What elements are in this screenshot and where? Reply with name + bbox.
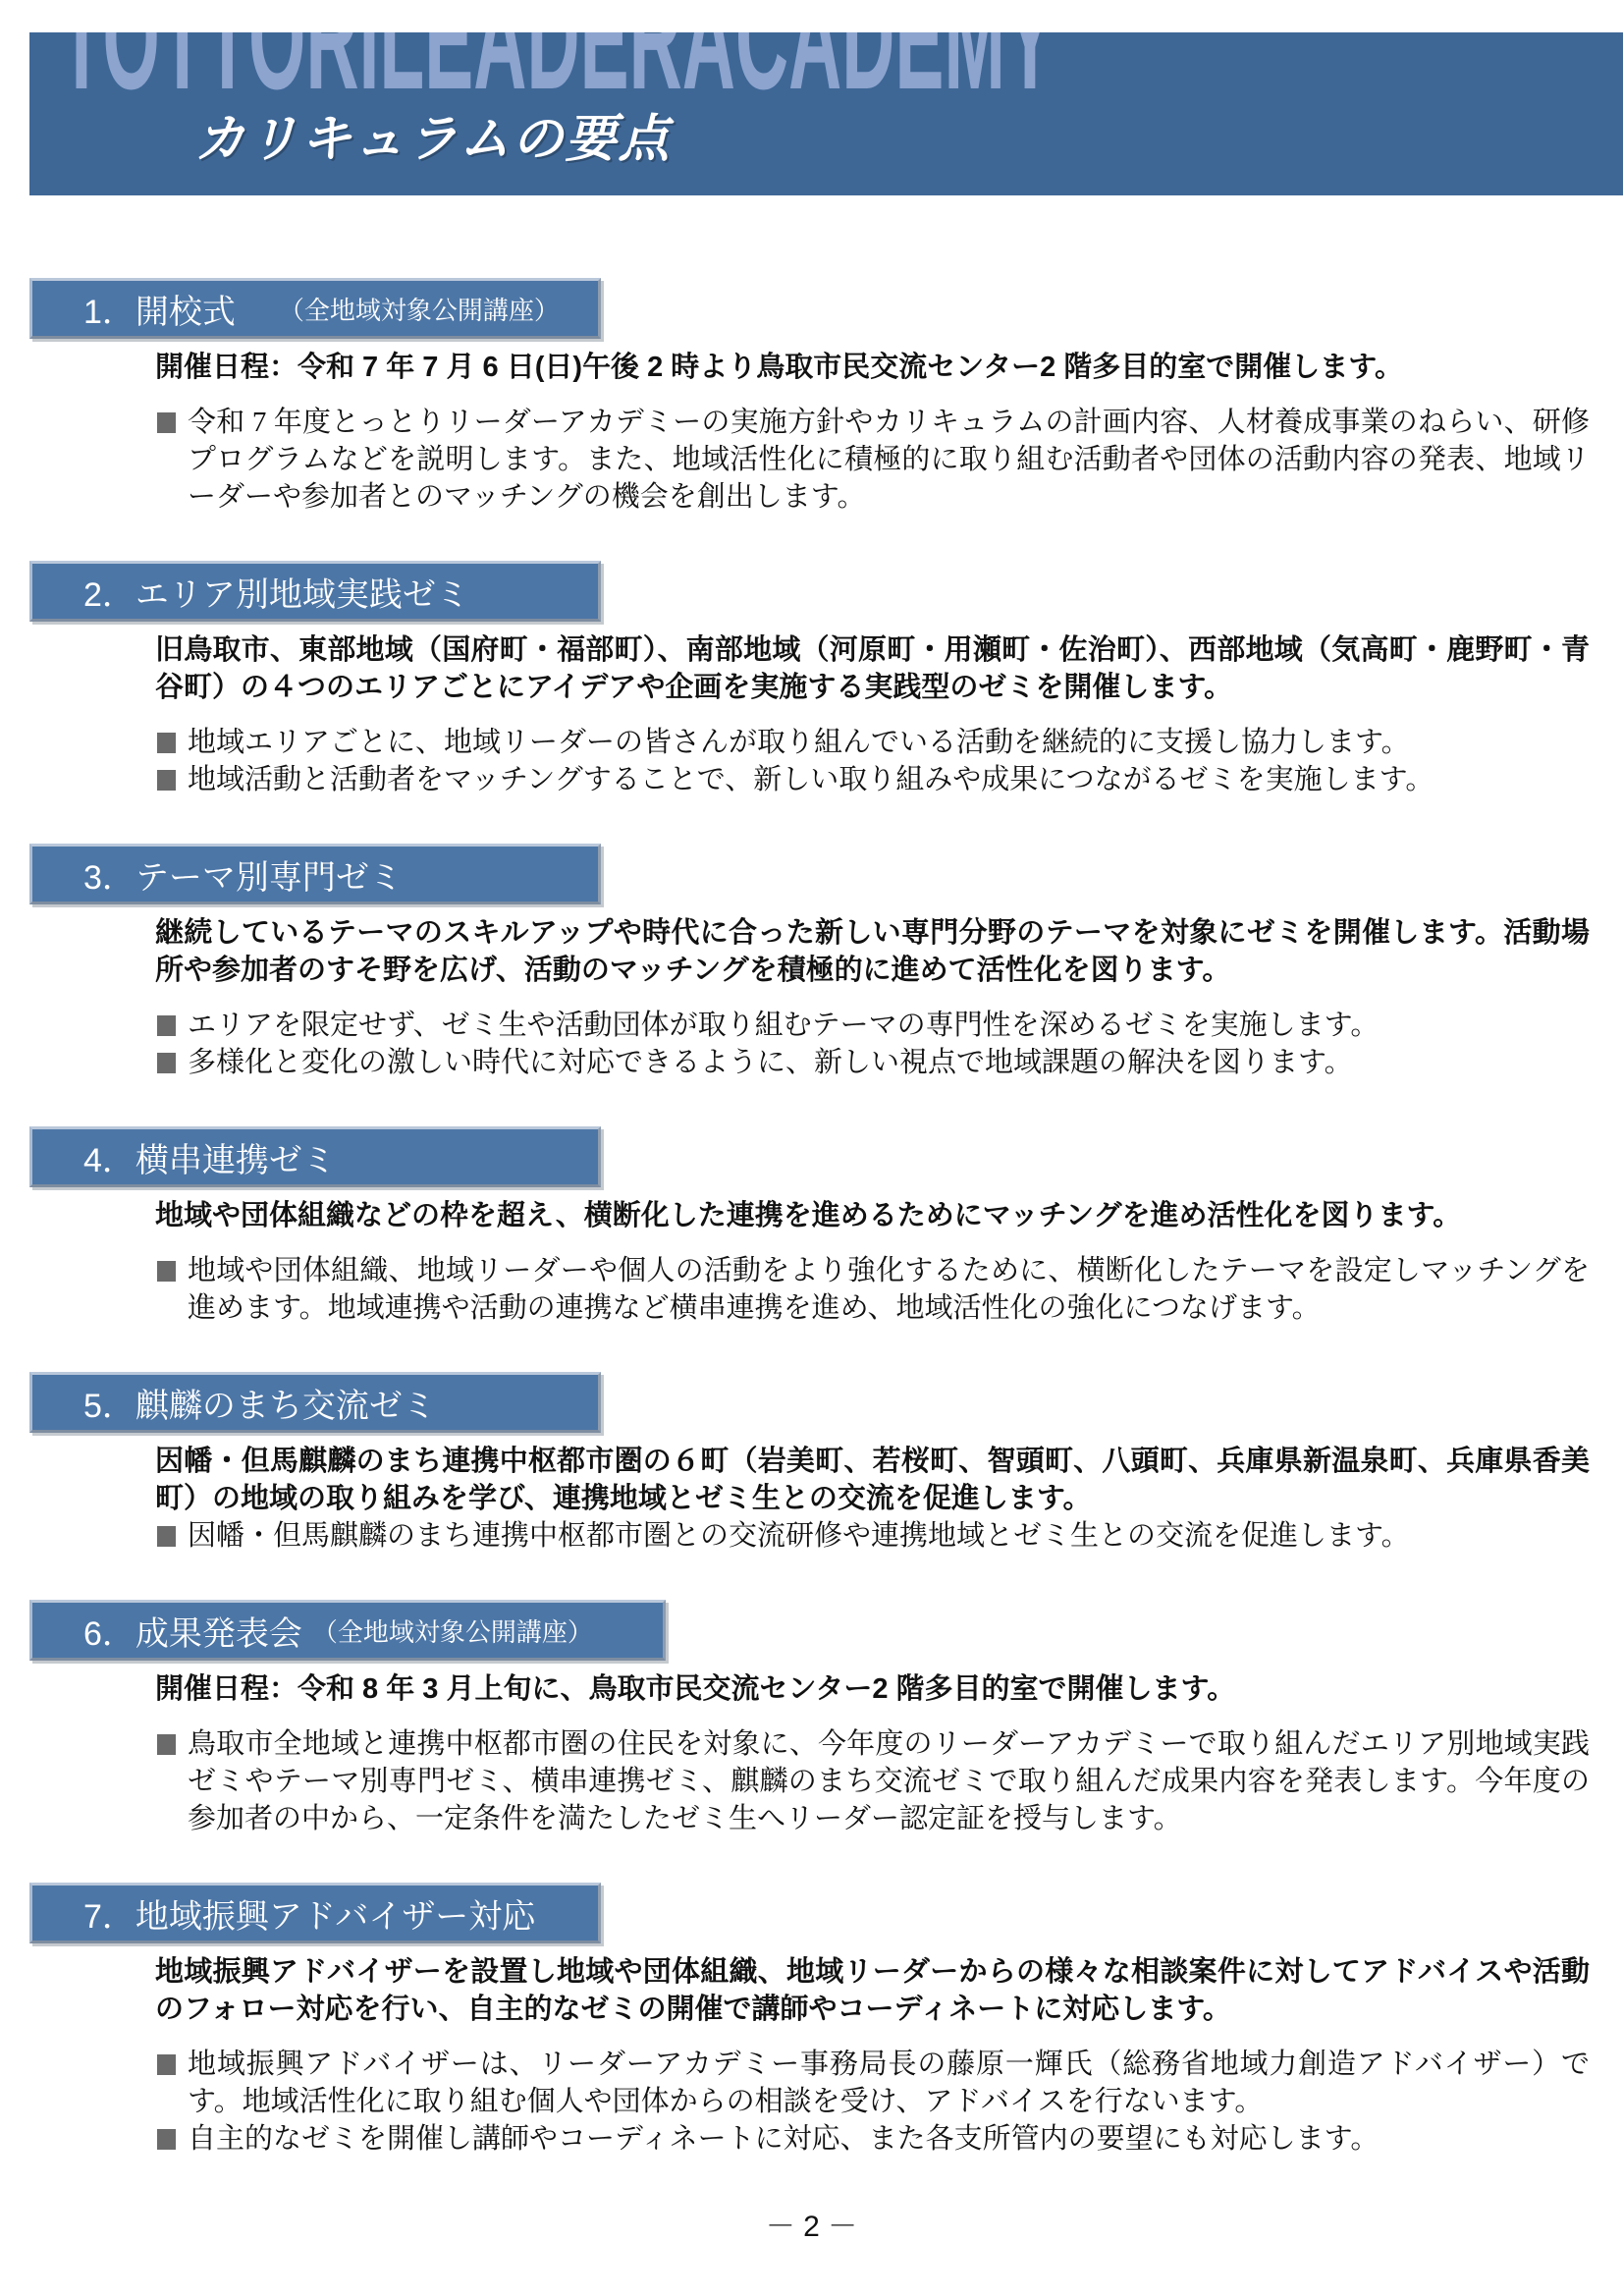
section-title: 3．テーマ別専門ゼミ [83,850,403,899]
section-body: 因幡・但馬麒麟のまち連携中枢都市圏の６町（岩美町、若桜町、智頭町、八頭町、兵庫県… [155,1443,1590,1555]
section-body: 旧鳥取市、東部地域（国府町・福部町）、南部地域（河原町・用瀬町・佐治町）、西部地… [155,631,1590,798]
square-bullet-icon [157,733,176,753]
bullet-list: 地域や団体組織、地域リーダーや個人の活動をより強化するために、横断化したテーマを… [155,1252,1590,1327]
bullet-text: 因幡・但馬麒麟のまち連携中枢都市圏との交流研修や連携地域とゼミ生との交流を促進し… [188,1517,1410,1555]
page-number: － 2 － [766,2211,857,2243]
bullet-item: 地域振興アドバイザーは、リーダーアカデミー事務局長の藤原一輝氏（総務省地域力創造… [155,2046,1590,2120]
section-heading-bar: 3．テーマ別専門ゼミ [29,844,601,904]
section-title: 4．横串連携ゼミ [83,1133,336,1181]
bullet-text: 地域エリアごとに、地域リーダーの皆さんが取り組んでいる活動を継続的に支援し協力し… [188,724,1410,761]
bullet-item: 地域活動と活動者をマッチングすることで、新しい取り組みや成果につながるゼミを実施… [155,761,1590,798]
section-6-seika-happyokai: 6．成果発表会（全地域対象公開講座）開催日程：令和 8 年 3 月上旬に、鳥取市… [29,1600,1594,1837]
bullet-item: 多様化と変化の激しい時代に対応できるように、新しい視点で地域課題の解決を図ります… [155,1044,1590,1081]
section-heading-bar: 7．地域振興アドバイザー対応 [29,1883,601,1943]
section-body: 開催日程：令和 7 年 7 月 6 日(日)午後 2 時より鳥取市民交流センター… [155,349,1590,516]
section-subtitle: （全地域対象公開講座） [279,291,560,327]
bullet-list: 因幡・但馬麒麟のまち連携中枢都市圏との交流研修や連携地域とゼミ生との交流を促進し… [155,1517,1590,1555]
section-4-yokogushi-renkei-zemi: 4．横串連携ゼミ地域や団体組織などの枠を超え、横断化した連携を進めるためにマッチ… [29,1126,1594,1327]
bullet-list: 令和 7 年度とっとりリーダーアカデミーの実施方針やカリキュラムの計画内容、人材… [155,404,1590,516]
section-lead-paragraph: 因幡・但馬麒麟のまち連携中枢都市圏の６町（岩美町、若桜町、智頭町、八頭町、兵庫県… [155,1443,1590,1517]
section-subtitle: （全地域対象公開講座） [312,1613,593,1649]
section-heading-bar: 5．麒麟のまち交流ゼミ [29,1372,601,1433]
bullet-item: 鳥取市全地域と連携中枢都市圏の住民を対象に、今年度のリーダーアカデミーで取り組ん… [155,1725,1590,1837]
section-lead-paragraph: 開催日程：令和 8 年 3 月上旬に、鳥取市民交流センター2 階多目的室で開催し… [155,1670,1590,1708]
square-bullet-icon [157,412,176,433]
square-bullet-icon [157,770,176,791]
section-5-kirin-no-machi-koryu-zemi: 5．麒麟のまち交流ゼミ因幡・但馬麒麟のまち連携中枢都市圏の６町（岩美町、若桜町、… [29,1372,1594,1555]
section-heading-bar: 6．成果発表会（全地域対象公開講座） [29,1600,666,1661]
bullet-list: 鳥取市全地域と連携中枢都市圏の住民を対象に、今年度のリーダーアカデミーで取り組ん… [155,1725,1590,1837]
square-bullet-icon [157,2129,176,2150]
section-lead-paragraph: 継続しているテーマのスキルアップや時代に合った新しい専門分野のテーマを対象にゼミ… [155,914,1590,989]
bullet-item: エリアを限定せず、ゼミ生や活動団体が取り組むテーマの専門性を深めるゼミを実施しま… [155,1007,1590,1044]
document-header-band: TOTTORILEADERACADEMY カリキュラムの要点 [29,32,1623,195]
bullet-list: エリアを限定せず、ゼミ生や活動団体が取り組むテーマの専門性を深めるゼミを実施しま… [155,1007,1590,1081]
square-bullet-icon [157,1053,176,1073]
bullet-item: 因幡・但馬麒麟のまち連携中枢都市圏との交流研修や連携地域とゼミ生との交流を促進し… [155,1517,1590,1555]
section-title: 7．地域振興アドバイザー対応 [83,1889,535,1938]
bullet-text: 地域活動と活動者をマッチングすることで、新しい取り組みや成果につながるゼミを実施… [188,761,1434,798]
section-heading-bar: 4．横串連携ゼミ [29,1126,601,1187]
section-7-chiiki-shinko-advisor: 7．地域振興アドバイザー対応地域振興アドバイザーを設置し地域や団体組織、地域リー… [29,1883,1594,2158]
square-bullet-icon [157,1261,176,1282]
section-lead-paragraph: 地域振興アドバイザーを設置し地域や団体組織、地域リーダーからの様々な相談案件に対… [155,1953,1590,2028]
bullet-text: 鳥取市全地域と連携中枢都市圏の住民を対象に、今年度のリーダーアカデミーで取り組ん… [188,1725,1590,1837]
bullet-text: エリアを限定せず、ゼミ生や活動団体が取り組むテーマの専門性を深めるゼミを実施しま… [188,1007,1379,1044]
bullet-text: 地域や団体組織、地域リーダーや個人の活動をより強化するために、横断化したテーマを… [188,1252,1590,1327]
section-1-kaikoshiki: 1．開校式 （全地域対象公開講座）開催日程：令和 7 年 7 月 6 日(日)午… [29,278,1594,516]
square-bullet-icon [157,2054,176,2075]
bullet-item: 地域エリアごとに、地域リーダーの皆さんが取り組んでいる活動を継続的に支援し協力し… [155,724,1590,761]
section-lead-paragraph: 地域や団体組織などの枠を超え、横断化した連携を進めるためにマッチングを進め活性化… [155,1197,1590,1234]
bullet-text: 令和 7 年度とっとりリーダーアカデミーの実施方針やカリキュラムの計画内容、人材… [188,404,1590,516]
bullet-list: 地域振興アドバイザーは、リーダーアカデミー事務局長の藤原一輝氏（総務省地域力創造… [155,2046,1590,2158]
square-bullet-icon [157,1526,176,1547]
section-body: 地域や団体組織などの枠を超え、横断化した連携を進めるためにマッチングを進め活性化… [155,1197,1590,1327]
section-3-theme-senmon-zemi: 3．テーマ別専門ゼミ継続しているテーマのスキルアップや時代に合った新しい専門分野… [29,844,1594,1081]
bullet-item: 地域や団体組織、地域リーダーや個人の活動をより強化するために、横断化したテーマを… [155,1252,1590,1327]
section-title: 6．成果発表会 [83,1607,302,1655]
bullet-text: 多様化と変化の激しい時代に対応できるように、新しい視点で地域課題の解決を図ります… [188,1044,1353,1081]
section-2-area-jissen-zemi: 2．エリア別地域実践ゼミ旧鳥取市、東部地域（国府町・福部町）、南部地域（河原町・… [29,561,1594,798]
section-lead-paragraph: 旧鳥取市、東部地域（国府町・福部町）、南部地域（河原町・用瀬町・佐治町）、西部地… [155,631,1590,706]
bullet-text: 地域振興アドバイザーは、リーダーアカデミー事務局長の藤原一輝氏（総務省地域力創造… [188,2046,1590,2120]
section-title: 5．麒麟のまち交流ゼミ [83,1379,436,1427]
section-body: 継続しているテーマのスキルアップや時代に合った新しい専門分野のテーマを対象にゼミ… [155,914,1590,1081]
square-bullet-icon [157,1734,176,1755]
bullet-list: 地域エリアごとに、地域リーダーの皆さんが取り組んでいる活動を継続的に支援し協力し… [155,724,1590,798]
section-body: 開催日程：令和 8 年 3 月上旬に、鳥取市民交流センター2 階多目的室で開催し… [155,1670,1590,1837]
section-lead-paragraph: 開催日程：令和 7 年 7 月 6 日(日)午後 2 時より鳥取市民交流センター… [155,349,1590,386]
page-title: カリキュラムの要点 [194,97,671,171]
bullet-item: 自主的なゼミを開催し講師やコーディネートに対応、また各支所管内の要望にも対応しま… [155,2120,1590,2158]
section-title: 2．エリア別地域実践ゼミ [83,568,469,616]
page-footer: － 2 － [0,2202,1623,2245]
section-title: 1．開校式 [83,285,269,333]
section-heading-bar: 1．開校式 （全地域対象公開講座） [29,278,601,339]
square-bullet-icon [157,1015,176,1036]
document-page: TOTTORILEADERACADEMY カリキュラムの要点 1．開校式 （全地… [0,0,1623,2296]
sections-container: 1．開校式 （全地域対象公開講座）開催日程：令和 7 年 7 月 6 日(日)午… [0,0,1623,2158]
bullet-item: 令和 7 年度とっとりリーダーアカデミーの実施方針やカリキュラムの計画内容、人材… [155,404,1590,516]
section-heading-bar: 2．エリア別地域実践ゼミ [29,561,601,622]
bullet-text: 自主的なゼミを開催し講師やコーディネートに対応、また各支所管内の要望にも対応しま… [188,2120,1379,2158]
section-body: 地域振興アドバイザーを設置し地域や団体組織、地域リーダーからの様々な相談案件に対… [155,1953,1590,2158]
